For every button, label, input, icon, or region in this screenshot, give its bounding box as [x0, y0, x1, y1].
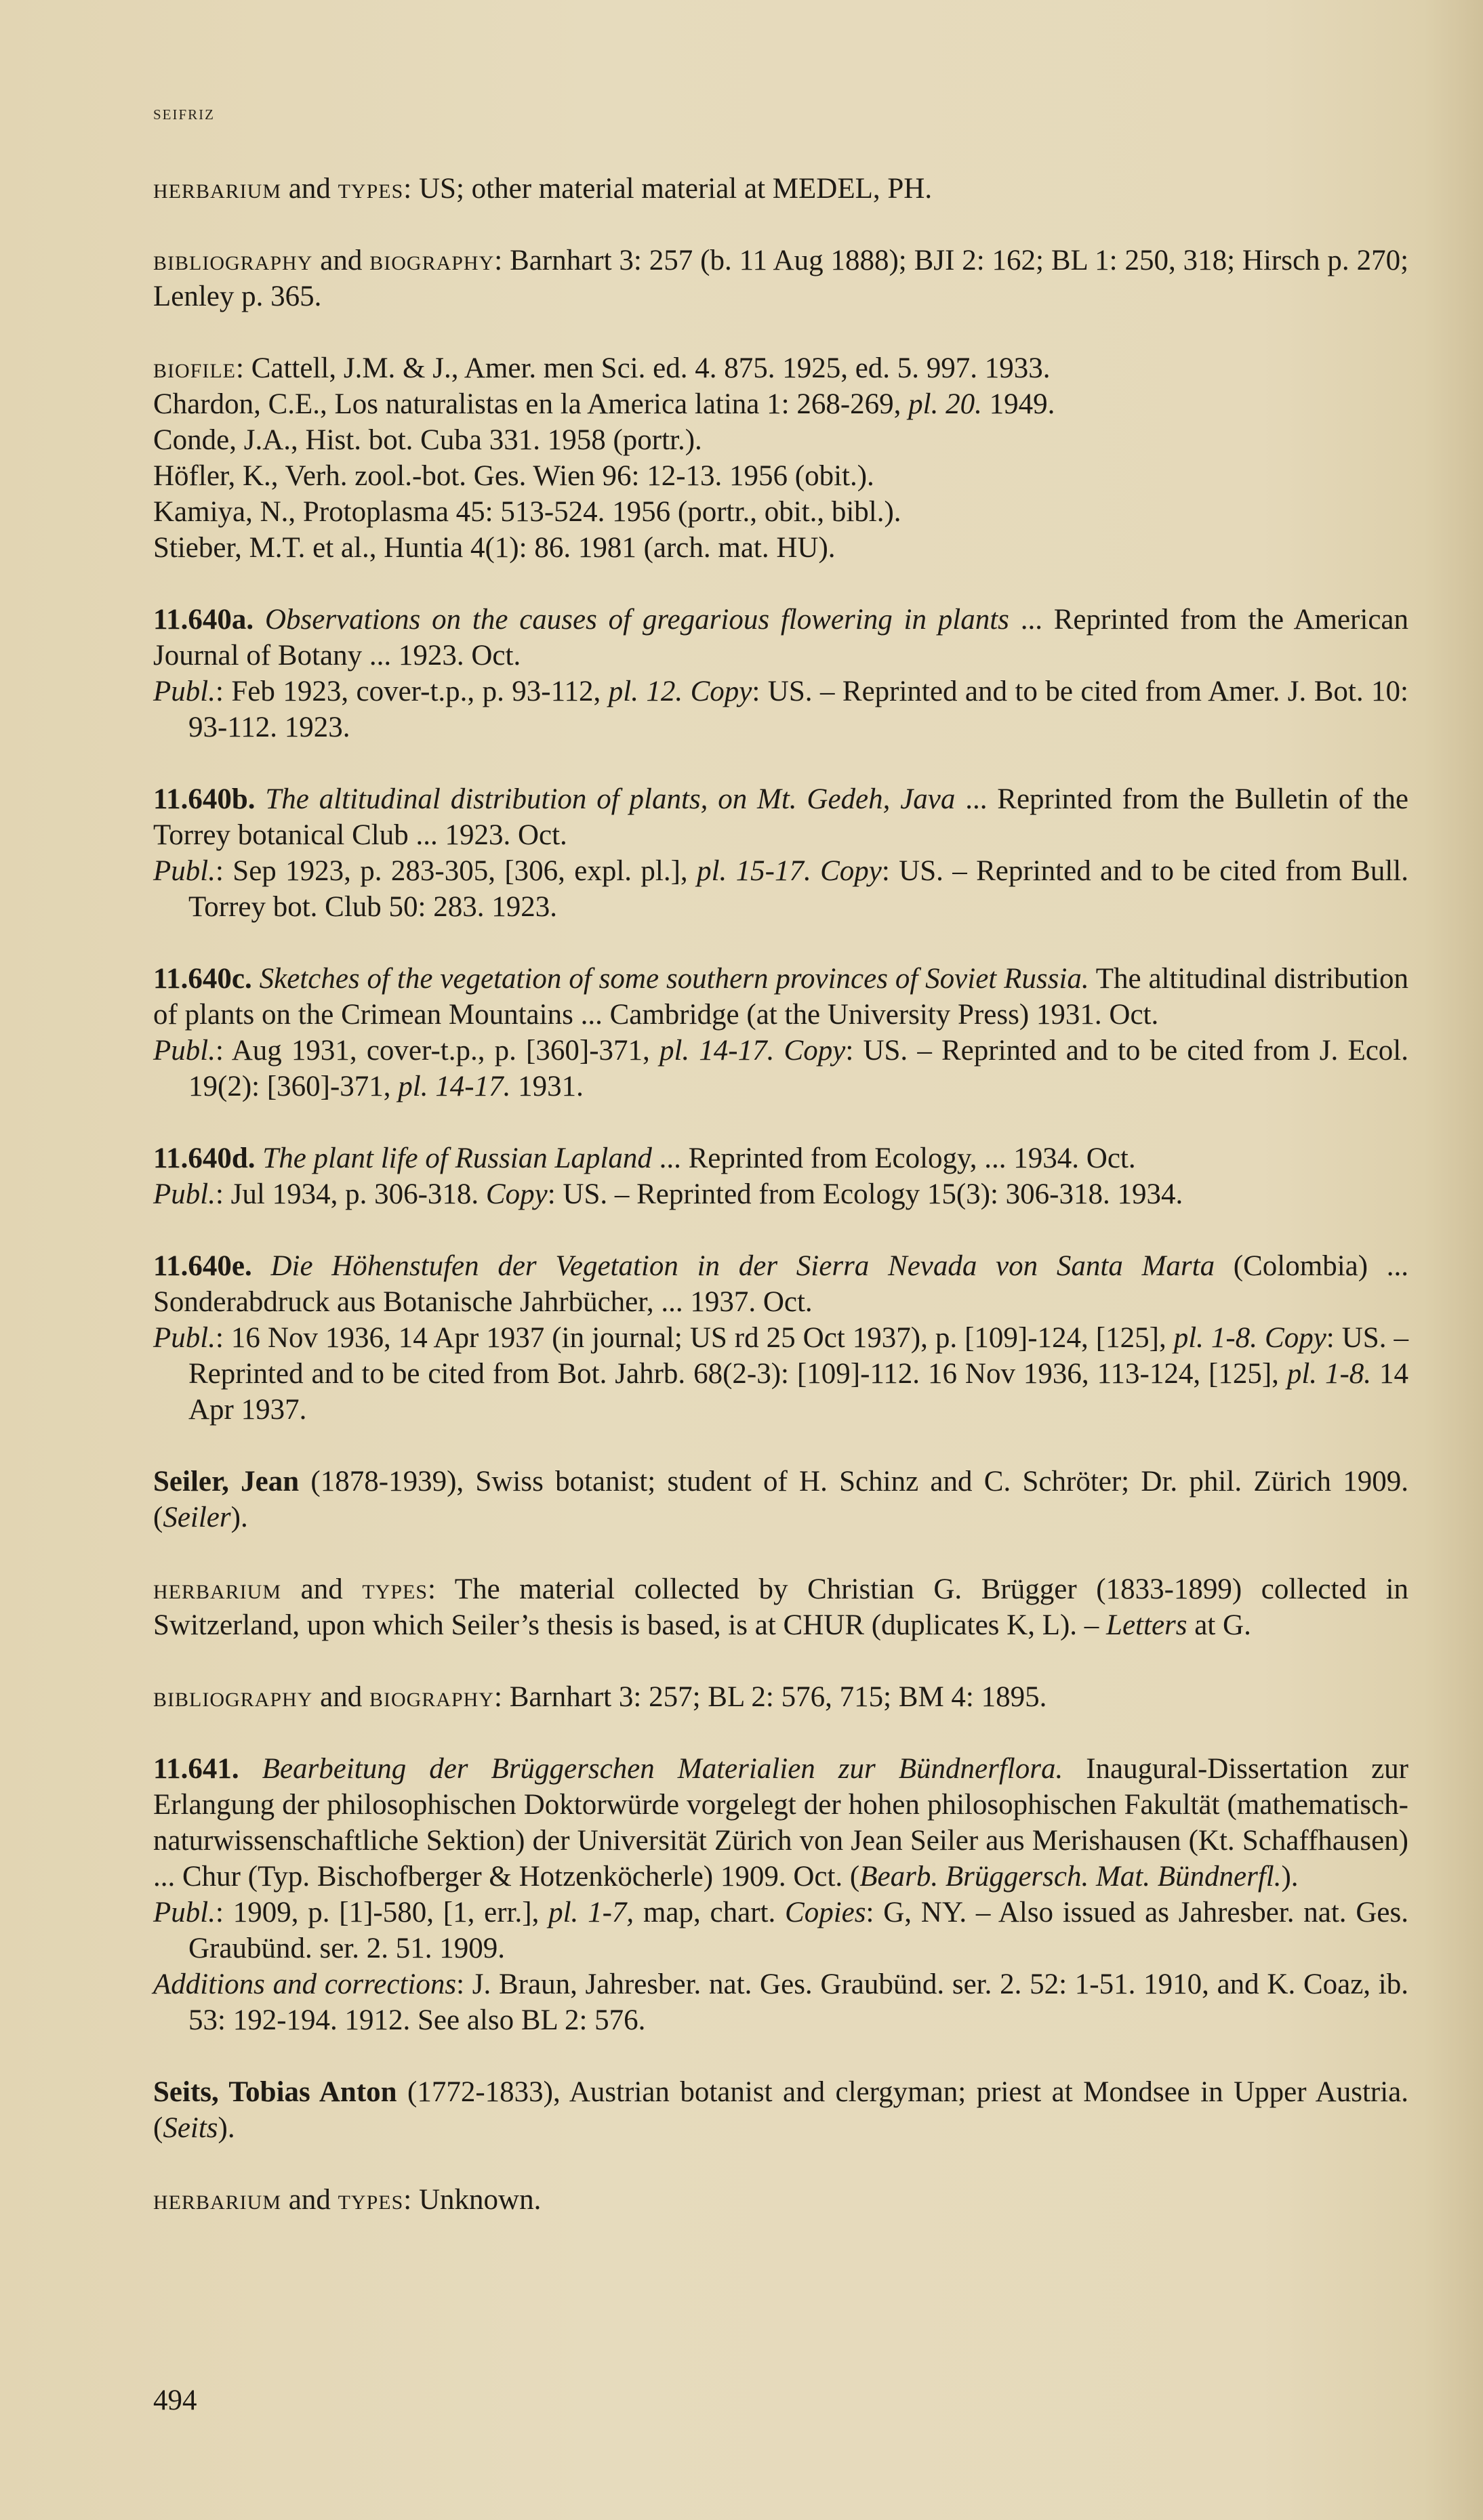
seifriz-bibliography: bibliography and biography: Barnhart 3: … — [153, 243, 1408, 314]
seiler-bibliography: bibliography and biography: Barnhart 3: … — [153, 1679, 1408, 1715]
section-label: types — [338, 2184, 404, 2216]
botanist-name: Seits, Tobias Anton — [153, 2076, 397, 2108]
section-label: biofile — [153, 352, 236, 384]
work-entry: 11.640d. The plant life of Russian Lapla… — [153, 1140, 1408, 1212]
work-title: 11.640a. Observations on the causes of g… — [153, 602, 1408, 674]
work-number: 11.640d. — [153, 1142, 256, 1174]
work-publication: Publ.: Sep 1923, p. 283-305, [306, expl.… — [153, 853, 1408, 925]
section-label: biography — [369, 245, 494, 276]
botanist-name: Seiler, Jean — [153, 1466, 299, 1497]
work-entry: 11.640a. Observations on the causes of g… — [153, 602, 1408, 745]
work-title: 11.640e. Die Höhenstufen der Vegetation … — [153, 1248, 1408, 1320]
work-publication: Publ.: 16 Nov 1936, 14 Apr 1937 (in jour… — [153, 1320, 1408, 1428]
section-label: types — [362, 1573, 428, 1605]
work-entry: 11.641. Bearbeitung der Brüggerschen Mat… — [153, 1751, 1408, 2038]
work-entry: 11.640e. Die Höhenstufen der Vegetation … — [153, 1248, 1408, 1428]
biofile-line: Höfler, K., Verh. zool.-bot. Ges. Wien 9… — [153, 458, 1408, 494]
section-label: bibliography — [153, 1681, 312, 1713]
work-number: 11.640e. — [153, 1250, 252, 1282]
section-label: biography — [369, 1681, 494, 1713]
work-publication: Publ.: Jul 1934, p. 306-318. Copy: US. –… — [153, 1176, 1408, 1212]
work-entry: 11.640b. The altitudinal distribution of… — [153, 781, 1408, 925]
work-title: 11.640c. Sketches of the vegetation of s… — [153, 961, 1408, 1033]
seits-herbarium: herbarium and types: Unknown. — [153, 2182, 1408, 2218]
work-number: 11.640b. — [153, 783, 256, 815]
biofile-line: Stieber, M.T. et al., Huntia 4(1): 86. 1… — [153, 530, 1408, 566]
section-label: types — [338, 173, 404, 205]
work-number: 11.640c. — [153, 963, 252, 995]
seiler-entry-heading: Seiler, Jean (1878-1939), Swiss botanist… — [153, 1464, 1408, 1535]
page-number: 494 — [153, 2384, 197, 2417]
section-label: bibliography — [153, 245, 312, 276]
section-label: herbarium — [153, 2184, 281, 2216]
seits-entry-heading: Seits, Tobias Anton (1772-1833), Austria… — [153, 2074, 1408, 2146]
work-number: 11.641. — [153, 1753, 239, 1785]
running-head: SEIFRIZ — [153, 102, 1408, 125]
work-title: 11.640d. The plant life of Russian Lapla… — [153, 1140, 1408, 1176]
herbarium-text: US; other material material at MEDEL, PH… — [419, 173, 932, 205]
book-page: SEIFRIZ herbarium and types: US; other m… — [153, 102, 1408, 2254]
work-publication: Publ.: Feb 1923, cover-t.p., p. 93-112, … — [153, 674, 1408, 745]
section-label: herbarium — [153, 1573, 281, 1605]
biofile-line: Kamiya, N., Protoplasma 45: 513-524. 195… — [153, 494, 1408, 530]
seiler-herbarium: herbarium and types: The material collec… — [153, 1571, 1408, 1643]
work-title: 11.641. Bearbeitung der Brüggerschen Mat… — [153, 1751, 1408, 1895]
biofile-line: Chardon, C.E., Los naturalistas en la Am… — [153, 386, 1408, 422]
work-publication: Publ.: 1909, p. [1]-580, [1, err.], pl. … — [153, 1895, 1408, 1966]
biofile-line: biofile: Cattell, J.M. & J., Amer. men S… — [153, 350, 1408, 386]
work-additions: Additions and corrections: J. Braun, Jah… — [153, 1966, 1408, 2038]
work-title: 11.640b. The altitudinal distribution of… — [153, 781, 1408, 853]
work-entry: 11.640c. Sketches of the vegetation of s… — [153, 961, 1408, 1104]
work-publication: Publ.: Aug 1931, cover-t.p., p. [360]-37… — [153, 1033, 1408, 1104]
work-number: 11.640a. — [153, 604, 253, 636]
biofile-line: Conde, J.A., Hist. bot. Cuba 331. 1958 (… — [153, 422, 1408, 458]
seifriz-herbarium: herbarium and types: US; other material … — [153, 171, 1408, 207]
seifriz-biofile: biofile: Cattell, J.M. & J., Amer. men S… — [153, 350, 1408, 566]
section-label: herbarium — [153, 173, 281, 205]
